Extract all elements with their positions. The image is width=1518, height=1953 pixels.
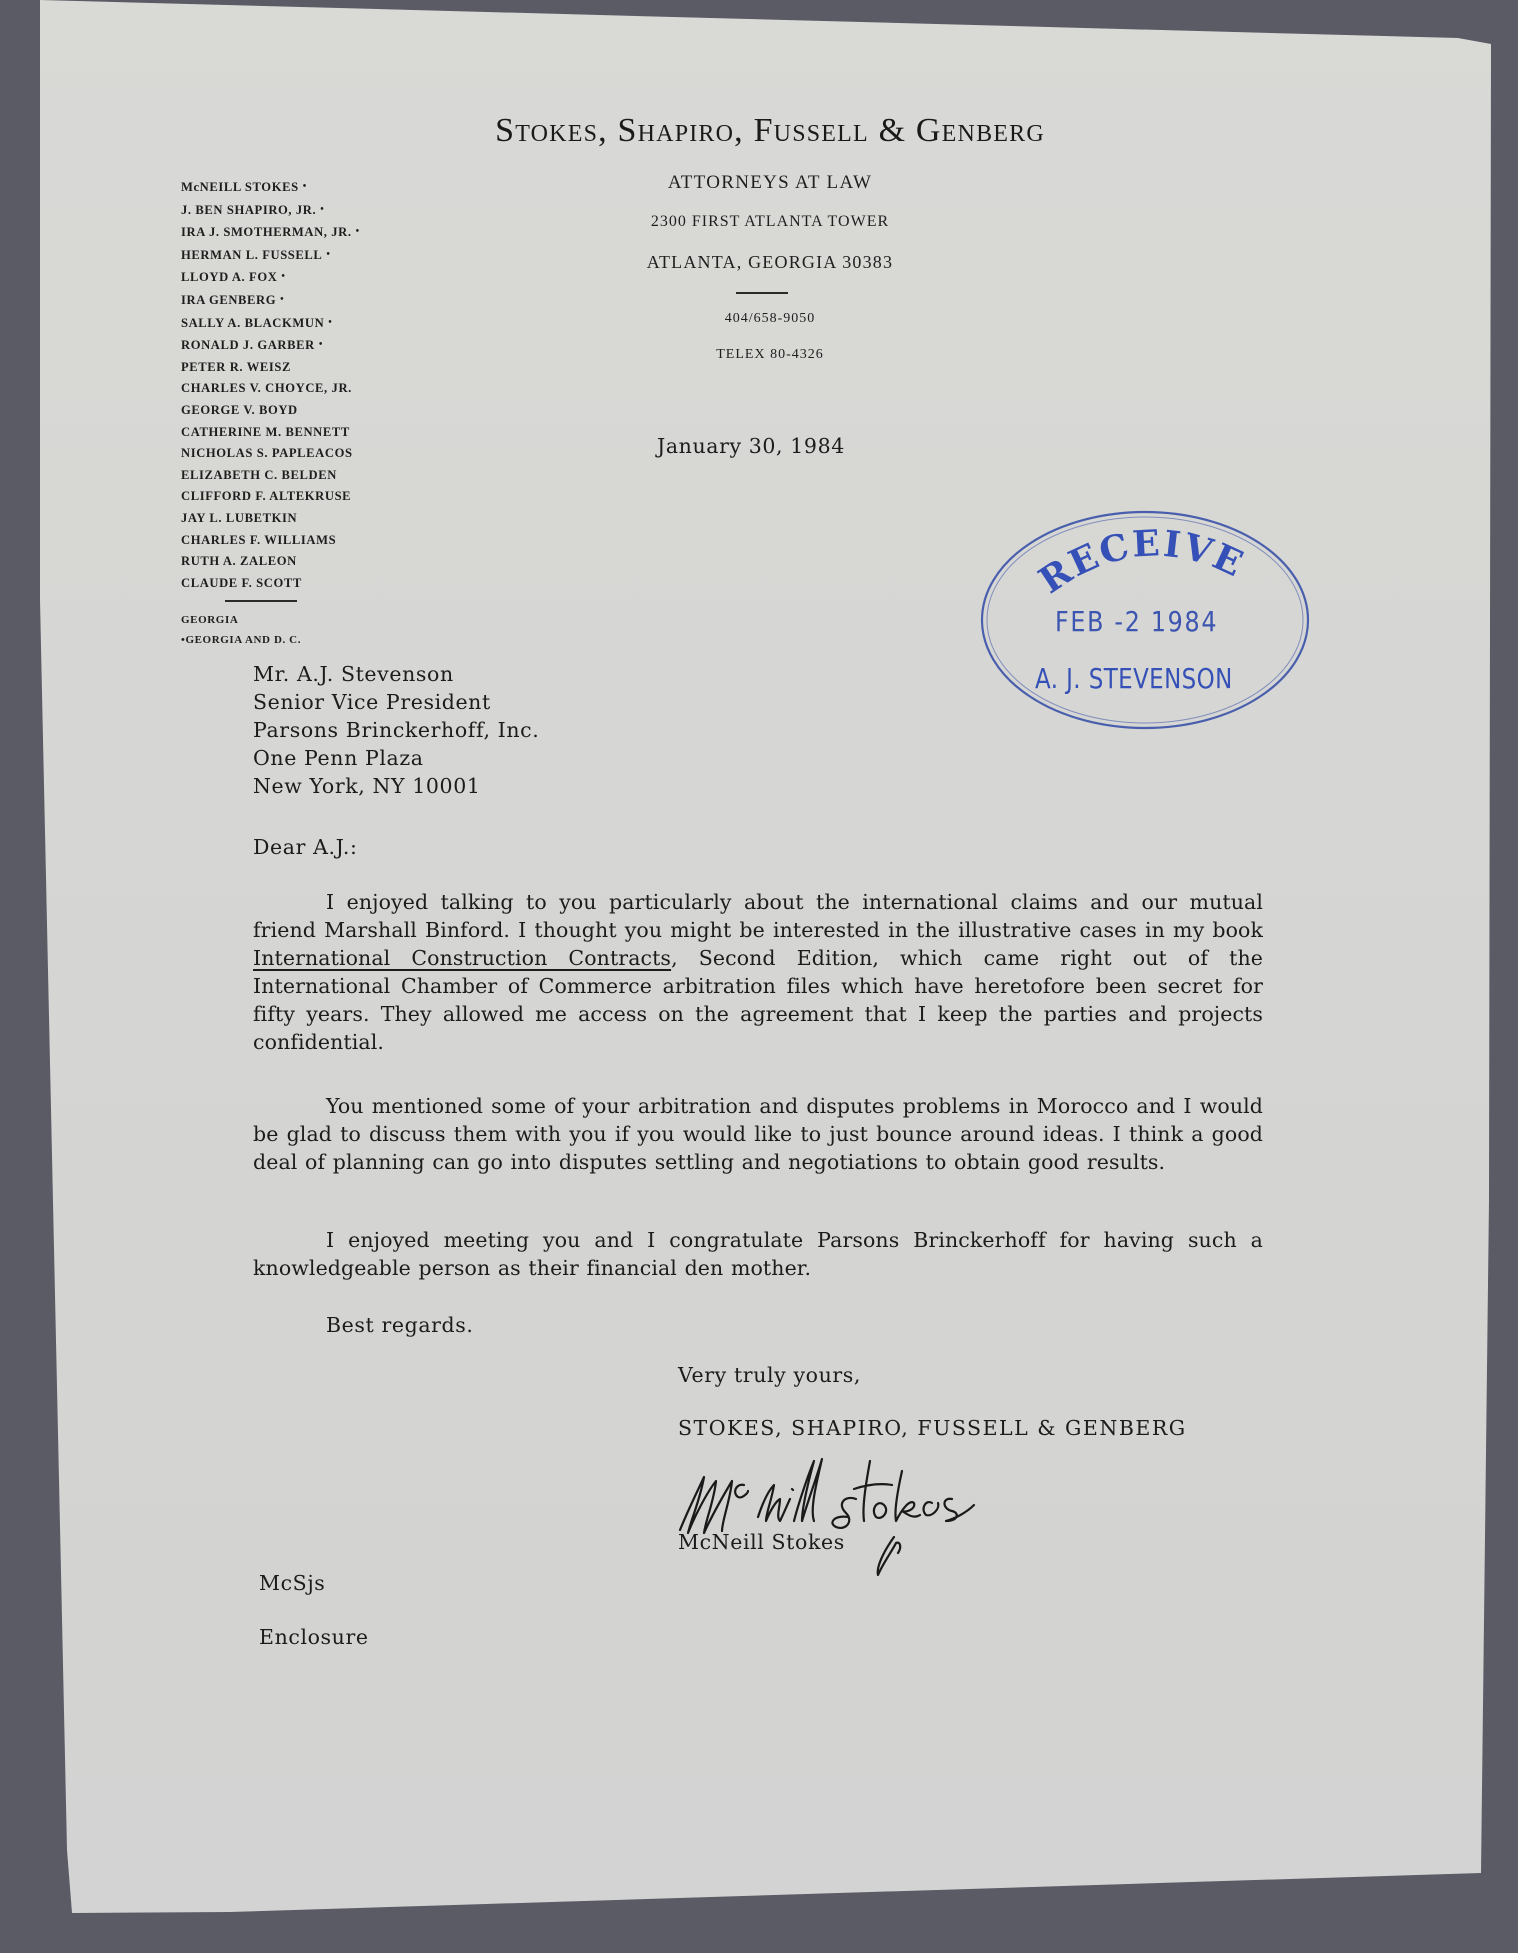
partner-name-text: JAY L. LUBETKIN <box>181 511 297 525</box>
stamp-recipient: A. J. STEVENSON <box>1035 662 1233 695</box>
body-paragraph-1: I enjoyed talking to you particularly ab… <box>253 888 1263 1056</box>
signer-name: McNeill Stokes <box>678 1530 845 1554</box>
admission-mark: • <box>303 181 307 192</box>
recipient-line: New York, NY 10001 <box>253 772 539 800</box>
admission-mark: • <box>326 249 330 260</box>
paragraph-text: I enjoyed talking to you particularly ab… <box>253 890 1263 942</box>
admission-mark: • <box>281 271 285 282</box>
recipient-line: One Penn Plaza <box>253 744 539 772</box>
admission-mark: • <box>320 204 324 215</box>
partner-name: JAY L. LUBETKIN <box>181 508 360 530</box>
partner-name-text: IRA GENBERG <box>181 293 276 307</box>
recipient-line: Parsons Brinckerhoff, Inc. <box>253 716 539 744</box>
salutation: Dear A.J.: <box>253 835 357 859</box>
enclosure-notation: Enclosure <box>259 1625 369 1649</box>
admission-mark: • <box>356 226 360 237</box>
partner-name: J. BEN SHAPIRO, JR.• <box>181 199 360 222</box>
signature-firm-name: STOKES, SHAPIRO, FUSSELL & GENBERG <box>678 1416 1187 1440</box>
partner-name-text: CLAUDE F. SCOTT <box>181 576 302 590</box>
admission-mark: • <box>280 294 284 305</box>
partner-name: CLAUDE F. SCOTT <box>181 573 360 595</box>
partner-name-text: RONALD J. GARBER <box>181 338 315 352</box>
partner-name-text: CATHERINE M. BENNETT <box>181 425 350 439</box>
partner-name-text: RUTH A. ZALEON <box>181 554 297 568</box>
partner-list-divider <box>225 600 297 602</box>
regards: Best regards. <box>326 1313 474 1337</box>
partner-name: CHARLES V. CHOYCE, JR. <box>181 378 360 400</box>
book-title: International Construction Contracts <box>253 946 671 970</box>
partner-name-text: CLIFFORD F. ALTEKRUSE <box>181 489 351 503</box>
partner-name: IRA J. SMOTHERMAN, JR.• <box>181 221 360 244</box>
partner-name: SALLY A. BLACKMUN• <box>181 312 360 335</box>
letter-date: January 30, 1984 <box>657 434 845 458</box>
body-paragraph-3: I enjoyed meeting you and I congratulate… <box>253 1226 1263 1282</box>
footnote-georgia-dc: •GEORGIA AND D. C. <box>181 630 360 650</box>
partner-name-text: ELIZABETH C. BELDEN <box>181 468 337 482</box>
partner-name: IRA GENBERG• <box>181 289 360 312</box>
admission-mark: • <box>328 317 332 328</box>
firm-name-heading: Stokes, Shapiro, Fussell & Genberg <box>0 112 1518 150</box>
reference-initials: McSjs <box>259 1571 325 1595</box>
partner-name-text: McNEILL STOKES <box>181 180 299 194</box>
partner-name-text: LLOYD A. FOX <box>181 270 277 284</box>
body-paragraph-2: You mentioned some of your arbitration a… <box>253 1092 1263 1176</box>
partner-name: NICHOLAS S. PAPLEACOS <box>181 443 360 465</box>
partner-name: RUTH A. ZALEON <box>181 551 360 573</box>
partner-name-text: CHARLES V. CHOYCE, JR. <box>181 381 352 395</box>
partner-name-text: PETER R. WEISZ <box>181 360 291 374</box>
letterhead-divider <box>736 292 788 294</box>
handwritten-signature <box>670 1455 1050 1580</box>
paragraph-text: You mentioned some of your arbitration a… <box>253 1094 1263 1174</box>
partner-name: LLOYD A. FOX• <box>181 266 360 289</box>
admission-mark: • <box>319 339 323 350</box>
stamp-date: FEB -2 1984 <box>1055 605 1218 638</box>
partner-name-text: NICHOLAS S. PAPLEACOS <box>181 446 353 460</box>
partner-list: McNEILL STOKES•J. BEN SHAPIRO, JR.•IRA J… <box>181 176 360 650</box>
partner-name: CHARLES F. WILLIAMS <box>181 530 360 552</box>
partner-name: GEORGE V. BOYD <box>181 400 360 422</box>
footnote-georgia: GEORGIA <box>181 610 360 630</box>
partner-name-text: HERMAN L. FUSSELL <box>181 248 322 262</box>
partner-name: CATHERINE M. BENNETT <box>181 422 360 444</box>
partner-name: ELIZABETH C. BELDEN <box>181 465 360 487</box>
paragraph-text: I enjoyed meeting you and I congratulate… <box>253 1228 1263 1280</box>
recipient-line: Mr. A.J. Stevenson <box>253 660 539 688</box>
partner-name: HERMAN L. FUSSELL• <box>181 244 360 267</box>
partner-name-text: J. BEN SHAPIRO, JR. <box>181 203 316 217</box>
partner-name: CLIFFORD F. ALTEKRUSE <box>181 486 360 508</box>
partner-name: PETER R. WEISZ <box>181 357 360 379</box>
complimentary-close: Very truly yours, <box>678 1363 861 1387</box>
partner-name-text: SALLY A. BLACKMUN <box>181 316 324 330</box>
partner-name: RONALD J. GARBER• <box>181 334 360 357</box>
partner-name-text: GEORGE V. BOYD <box>181 403 298 417</box>
recipient-address: Mr. A.J. Stevenson Senior Vice President… <box>253 660 539 800</box>
partner-name: McNEILL STOKES• <box>181 176 360 199</box>
recipient-line: Senior Vice President <box>253 688 539 716</box>
partner-name-text: IRA J. SMOTHERMAN, JR. <box>181 225 352 239</box>
partner-name-text: CHARLES F. WILLIAMS <box>181 533 336 547</box>
